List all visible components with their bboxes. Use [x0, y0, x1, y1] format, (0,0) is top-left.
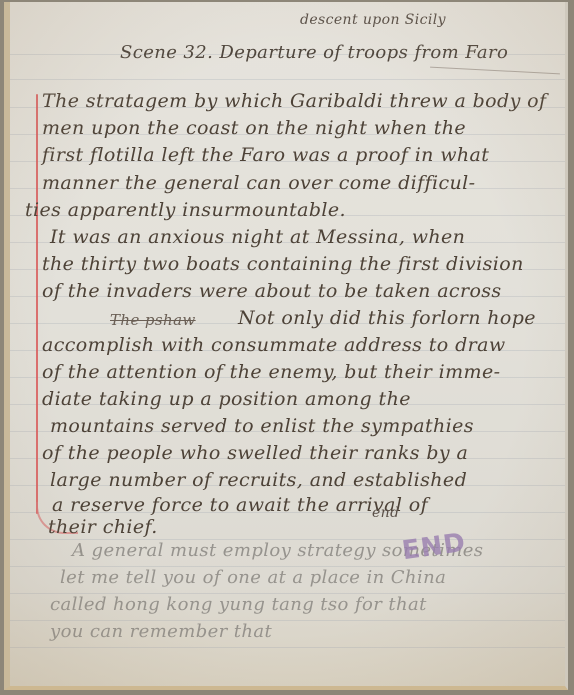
- body-line: of the invaders were about to be taken a…: [42, 280, 502, 302]
- title-underline: [430, 67, 560, 75]
- header-caption: descent upon Sicily: [300, 12, 446, 28]
- body-line: large number of recruits, and establishe…: [50, 469, 467, 491]
- body-line: men upon the coast on the night when the: [42, 117, 466, 139]
- body-line: the thirty two boats containing the firs…: [42, 253, 524, 275]
- pencil-line: you can remember that: [50, 621, 272, 642]
- body-line: ties apparently insurmountable.: [25, 199, 346, 221]
- body-line: their chief.: [48, 516, 158, 538]
- ruled-line: [10, 79, 565, 80]
- body-line: first flotilla left the Faro was a proof…: [42, 144, 489, 166]
- body-line: It was an anxious night at Messina, when: [50, 226, 465, 248]
- end-note: end: [372, 505, 399, 521]
- body-line: mountains served to enlist the sympathie…: [50, 415, 474, 437]
- red-margin-line: [36, 94, 38, 514]
- body-line: of the attention of the enemy, but their…: [42, 361, 500, 383]
- body-line: accomplish with consummate address to dr…: [42, 334, 506, 356]
- body-line: of the people who swelled their ranks by…: [42, 442, 468, 464]
- body-line: The stratagem by which Garibaldi threw a…: [42, 90, 546, 112]
- manuscript-page: descent upon Sicily Scene 32. Departure …: [4, 2, 568, 690]
- body-line: diate taking up a position among the: [42, 388, 411, 410]
- ruled-line: [10, 647, 565, 648]
- pencil-line: called hong kong yung tang tso for that: [50, 594, 427, 615]
- struck-text: The pshaw: [110, 311, 196, 329]
- body-line: manner the general can over come difficu…: [42, 172, 475, 194]
- body-line: Not only did this forlorn hope: [238, 307, 536, 329]
- pencil-line: let me tell you of one at a place in Chi…: [60, 567, 446, 588]
- page-title: Scene 32. Departure of troops from Faro: [120, 42, 508, 63]
